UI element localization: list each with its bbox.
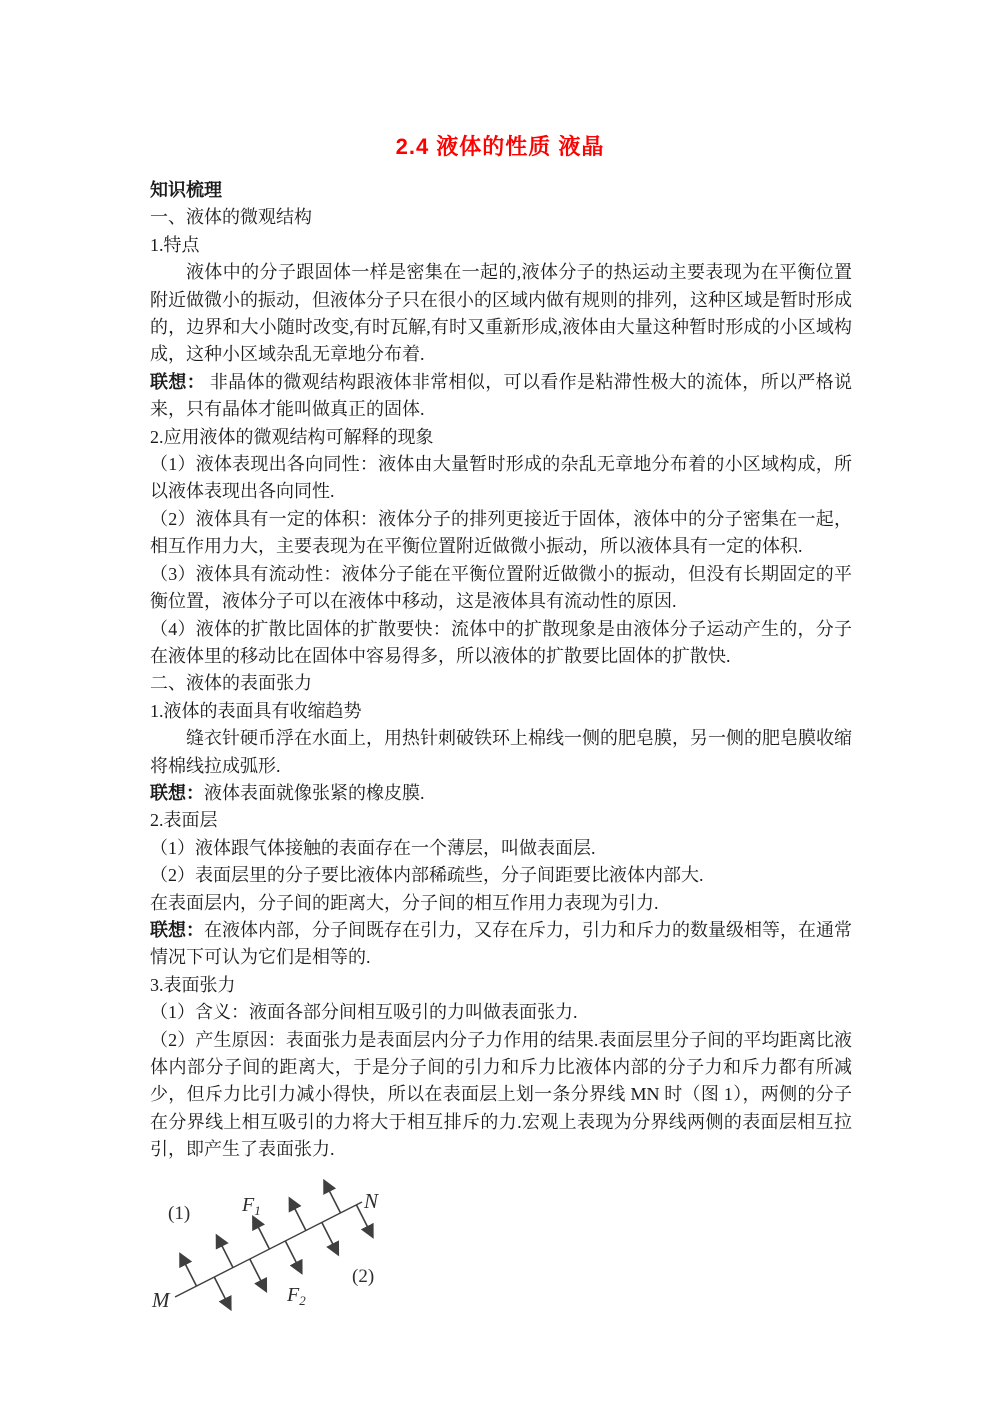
- paragraph: （2）产生原因：表面张力是表面层内分子力作用的结果.表面层里分子间的平均距离比液…: [150, 1027, 852, 1164]
- paragraph: 缝衣针硬币浮在水面上，用热针刺破铁环上棉线一侧的肥皂膜，另一侧的肥皂膜收缩将棉线…: [150, 725, 852, 780]
- force-f1-label: F1: [241, 1194, 261, 1218]
- section-heading: 二、液体的表面张力: [150, 670, 852, 697]
- paragraph-lead-label: 联想：: [150, 783, 204, 803]
- paragraph: 联想：在液体内部，分子间既存在引力，又存在斥力，引力和斥力的数量级相等，在通常情…: [150, 917, 852, 972]
- section-heading: 一、液体的微观结构: [150, 204, 852, 231]
- section-heading: 2.应用液体的微观结构可解释的现象: [150, 424, 852, 451]
- section-heading: 1.特点: [150, 232, 852, 259]
- upper-tension-arrows: [180, 1180, 340, 1285]
- paragraph-text: 在液体内部，分子间既存在引力，又存在斥力，引力和斥力的数量级相等，在通常情况下可…: [150, 920, 852, 967]
- paragraph: 联想：液体表面就像张紧的橡皮膜.: [150, 780, 852, 807]
- paragraph-text: 非晶体的微观结构跟液体非常相似，可以看作是粘滞性极大的流体，所以严格说来，只有晶…: [150, 372, 852, 419]
- endpoint-m-label: M: [151, 1288, 171, 1312]
- endpoint-n-label: N: [363, 1189, 379, 1213]
- paragraph: （2）表面层里的分子要比液体内部稀疏些，分子间距要比液体内部大.: [150, 862, 852, 889]
- paragraph-lead-label: 联想：: [150, 372, 205, 392]
- section-heading: 1.液体的表面具有收缩趋势: [150, 698, 852, 725]
- dividing-line-mn: [175, 1202, 362, 1297]
- force-f2-label: F2: [286, 1284, 306, 1308]
- page-title: 2.4 液体的性质 液晶: [150, 133, 850, 160]
- surface-tension-diagram: (1) (2) M N F1 F2: [150, 1171, 450, 1331]
- paragraph: （2）液体具有一定的体积：液体分子的排列更接近于固体，液体中的分子密集在一起，相…: [150, 506, 852, 561]
- section-heading: 2.表面层: [150, 807, 852, 834]
- paragraph: （3）液体具有流动性：液体分子能在平衡位置附近做微小的振动，但没有长期固定的平衡…: [150, 561, 852, 616]
- paragraph-text: 液体表面就像张紧的橡皮膜.: [204, 783, 425, 803]
- paragraph: （1）液体表现出各向同性：液体由大量暂时形成的杂乱无章地分布着的小区域构成，所以…: [150, 451, 852, 506]
- paragraph: 在表面层内，分子间的距离大，分子间的相互作用力表现为引力.: [150, 890, 852, 917]
- document-page: 2.4 液体的性质 液晶 知识梳理 一、液体的微观结构 1.特点 液体中的分子跟…: [0, 0, 1000, 1414]
- document-body: 知识梳理 一、液体的微观结构 1.特点 液体中的分子跟固体一样是密集在一起的,液…: [150, 177, 852, 1164]
- paragraph: （1）含义：液面各部分间相互吸引的力叫做表面张力.: [150, 999, 852, 1026]
- paragraph: （1）液体跟气体接触的表面存在一个薄层，叫做表面层.: [150, 835, 852, 862]
- paragraph-lead-label: 联想：: [150, 920, 204, 940]
- paragraph: 液体中的分子跟固体一样是密集在一起的,液体分子的热运动主要表现为在平衡位置附近做…: [150, 259, 852, 369]
- paragraph: （4）液体的扩散比固体的扩散要快：流体中的扩散现象是由液体分子运动产生的，分子在…: [150, 616, 852, 671]
- region-1-label: (1): [168, 1203, 190, 1224]
- section-heading: 知识梳理: [150, 177, 852, 204]
- region-2-label: (2): [352, 1266, 374, 1287]
- paragraph: 联想： 非晶体的微观结构跟液体非常相似，可以看作是粘滞性极大的流体，所以严格说来…: [150, 369, 852, 424]
- section-heading: 3.表面张力: [150, 972, 852, 999]
- surface-tension-figure: (1) (2) M N F1 F2: [150, 1171, 450, 1331]
